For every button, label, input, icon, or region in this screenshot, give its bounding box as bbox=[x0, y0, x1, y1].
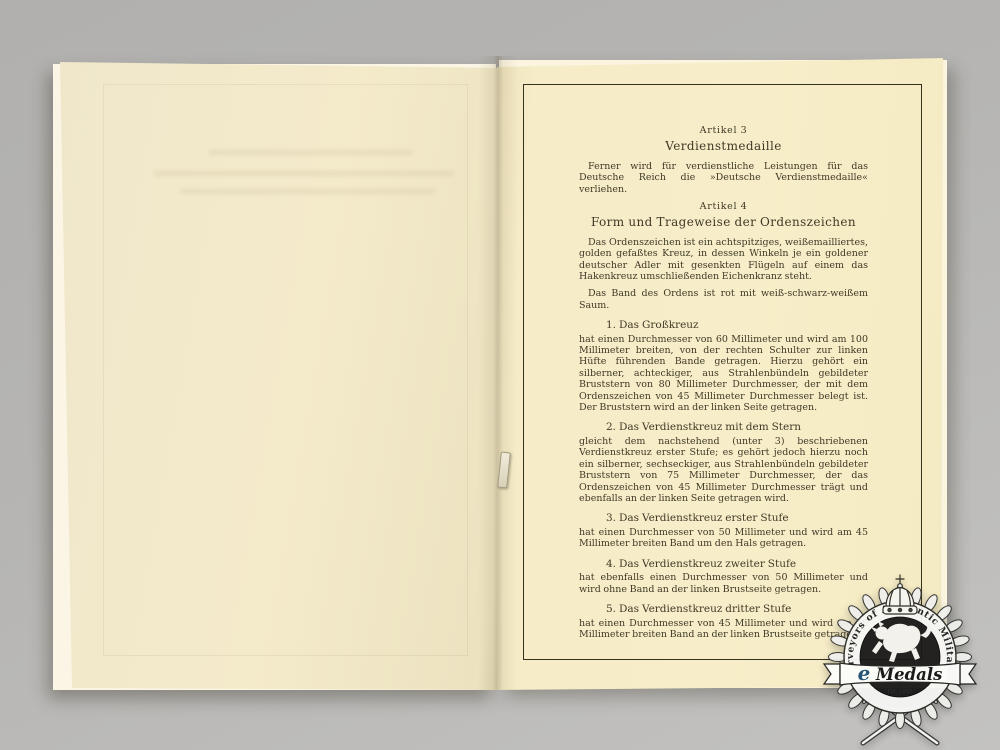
established-text: Est. 1985 bbox=[887, 689, 912, 695]
article-3-kicker: Artikel 3 bbox=[579, 125, 868, 136]
emedals-logo-text: e Medals bbox=[858, 661, 943, 685]
grade-section: 2. Das Verdienstkreuz mit dem Stern glei… bbox=[579, 421, 868, 504]
grade-body: gleicht dem nachstehend (unter 3) beschr… bbox=[579, 436, 868, 504]
grade-heading: 2. Das Verdienstkreuz mit dem Stern bbox=[579, 421, 868, 434]
left-page bbox=[58, 58, 498, 692]
article-4-paragraph-1: Das Ordenszeichen ist ein achtspitziges,… bbox=[579, 237, 868, 283]
photo-background: Artikel 3 Verdienstmedaille Ferner wird … bbox=[0, 0, 1000, 750]
bleed-through-frame bbox=[103, 84, 468, 656]
article-4-title: Form und Trageweise der Ordenszeichen bbox=[579, 215, 868, 229]
grade-body: hat einen Durchmesser von 50 Millimeter … bbox=[579, 527, 868, 550]
article-4-kicker: Artikel 4 bbox=[579, 201, 868, 212]
grade-section: 1. Das Großkreuz hat einen Durchmesser v… bbox=[579, 319, 868, 413]
article-4-paragraph-2: Das Band des Ordens ist rot mit weiß-sch… bbox=[579, 288, 868, 311]
grade-heading: 1. Das Großkreuz bbox=[579, 319, 868, 332]
bleed-through-text-ghost bbox=[208, 150, 413, 155]
article-3-paragraph: Ferner wird für verdienstliche Leistunge… bbox=[579, 161, 868, 195]
grade-heading: 3. Das Verdienstkreuz erster Stufe bbox=[579, 512, 868, 525]
article-3-title: Verdienstmedaille bbox=[579, 139, 868, 153]
bleed-through-text-ghost bbox=[180, 189, 435, 194]
grade-heading: 4. Das Verdienstkreuz zweiter Stufe bbox=[579, 558, 868, 571]
grade-section: 3. Das Verdienstkreuz erster Stufe hat e… bbox=[579, 512, 868, 549]
bleed-through-text-ghost bbox=[154, 171, 454, 176]
grade-body: hat einen Durchmesser von 60 Millimeter … bbox=[579, 334, 868, 414]
emedals-watermark-badge: Purveyors of Authentic Militaria bbox=[819, 571, 984, 750]
emedals-banner: e Medals bbox=[824, 661, 976, 685]
